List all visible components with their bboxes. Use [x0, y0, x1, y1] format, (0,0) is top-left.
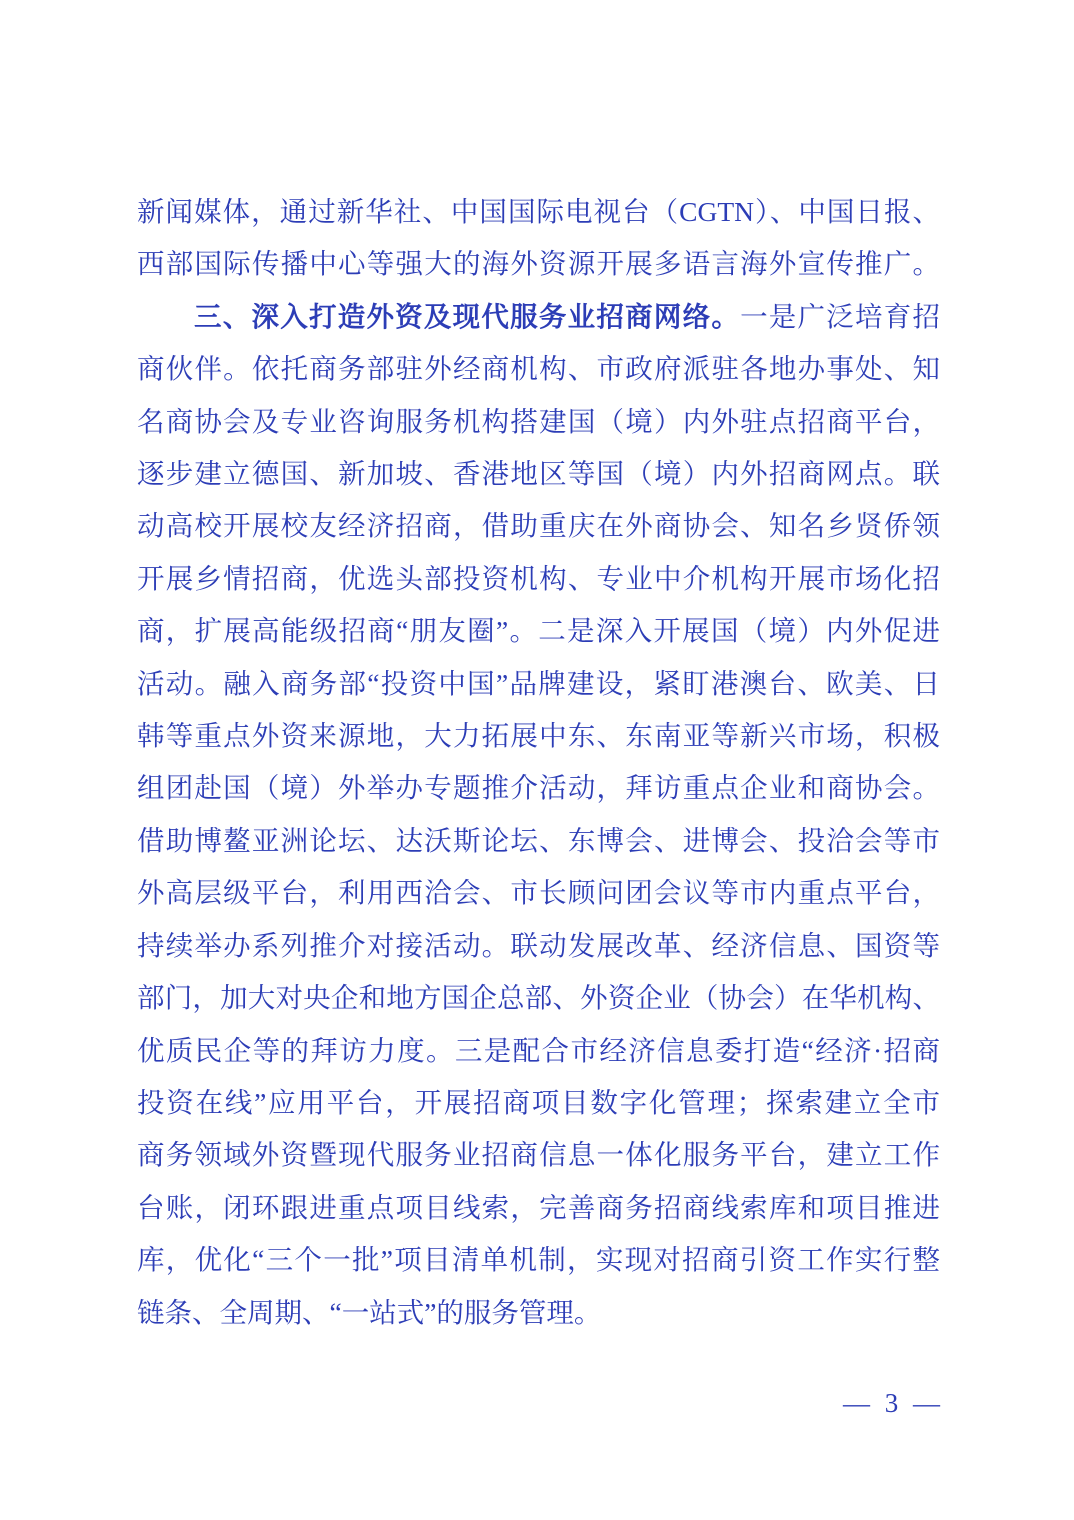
text-line: 外高层级平台，利用西洽会、市长顾问团会议等市内重点平台， — [137, 867, 940, 919]
text-line: 活动。融入商务部“投资中国”品牌建设，紧盯港澳台、欧美、日 — [137, 658, 940, 710]
text-line: 新闻媒体，通过新华社、中国国际电视台（CGTN）、中国日报、 — [137, 186, 940, 238]
text-line: 韩等重点外资来源地，大力拓展中东、东南亚等新兴市场，积极 — [137, 710, 940, 762]
page-footer: — 3 — — [843, 1388, 940, 1418]
text-line: 优质民企等的拜访力度。三是配合市经济信息委打造“经济·招商 — [137, 1025, 940, 1077]
text-line: 商，扩展高能级招商“朋友圈”。二是深入开展国（境）内外促进 — [137, 605, 940, 657]
page-number: — 3 — — [843, 1388, 940, 1418]
document-page: 新闻媒体，通过新华社、中国国际电视台（CGTN）、中国日报、 西部国际传播中心等… — [0, 0, 1074, 1520]
text-line: 链条、全周期、“一站式”的服务管理。 — [137, 1287, 940, 1339]
text-line: 三、深入打造外资及现代服务业招商网络。一是广泛培育招 — [137, 291, 940, 343]
text-line: 商务领域外资暨现代服务业招商信息一体化服务平台，建立工作 — [137, 1129, 940, 1181]
section-heading: 三、深入打造外资及现代服务业招商网络。 — [194, 301, 740, 332]
text-line: 台账，闭环跟进重点项目线索，完善商务招商线索库和项目推进 — [137, 1182, 940, 1234]
text-line: 西部国际传播中心等强大的海外资源开展多语言海外宣传推广。 — [137, 238, 940, 290]
text-line: 名商协会及专业咨询服务机构搭建国（境）内外驻点招商平台， — [137, 396, 940, 448]
text-line: 开展乡情招商，优选头部投资机构、专业中介机构开展市场化招 — [137, 553, 940, 605]
text-line: 库，优化“三个一批”项目清单机制，实现对招商引资工作实行整 — [137, 1234, 940, 1286]
text-line: 持续举办系列推介对接活动。联动发展改革、经济信息、国资等 — [137, 920, 940, 972]
text-line: 组团赴国（境）外举办专题推介活动，拜访重点企业和商协会。 — [137, 762, 940, 814]
text-line: 投资在线”应用平台，开展招商项目数字化管理；探索建立全市 — [137, 1077, 940, 1129]
section-heading-rest: 一是广泛培育招 — [740, 301, 940, 332]
text-line: 商伙伴。依托商务部驻外经商机构、市政府派驻各地办事处、知 — [137, 343, 940, 395]
text-line: 动高校开展校友经济招商，借助重庆在外商协会、知名乡贤侨领 — [137, 500, 940, 552]
text-line: 逐步建立德国、新加坡、香港地区等国（境）内外招商网点。联 — [137, 448, 940, 500]
body-text: 新闻媒体，通过新华社、中国国际电视台（CGTN）、中国日报、 西部国际传播中心等… — [137, 186, 940, 1339]
text-line: 部门，加大对央企和地方国企总部、外资企业（协会）在华机构、 — [137, 972, 940, 1024]
text-line: 借助博鳌亚洲论坛、达沃斯论坛、东博会、进博会、投洽会等市 — [137, 815, 940, 867]
